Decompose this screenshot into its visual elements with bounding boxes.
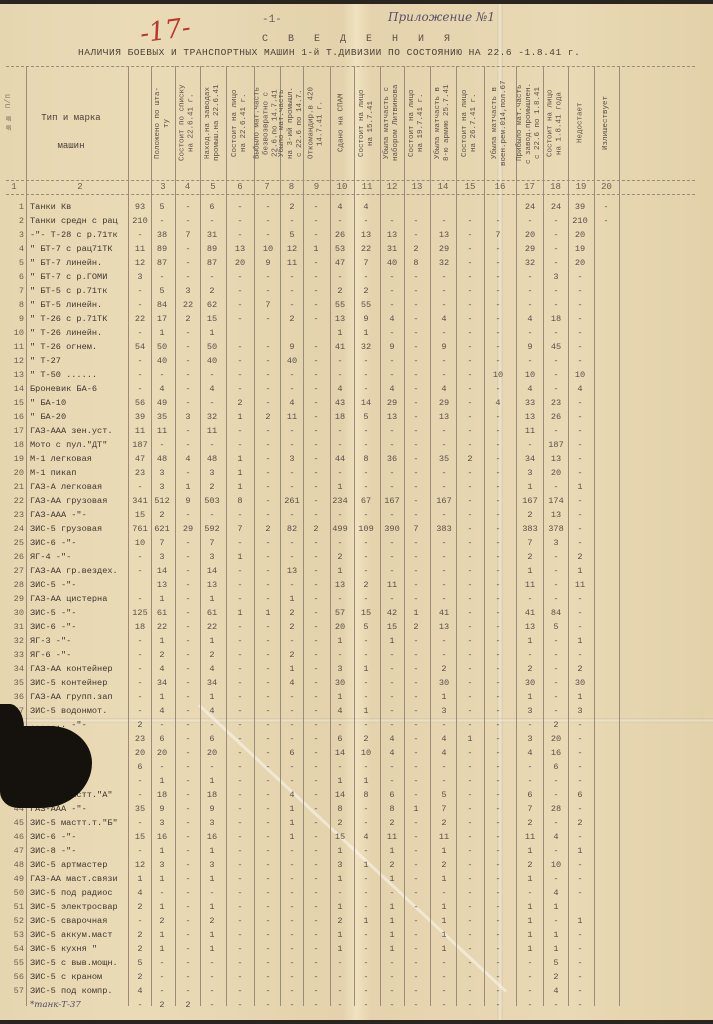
value-cell-col-20: 39 [569, 202, 591, 212]
value-cell-col-3: - [129, 790, 151, 800]
value-cell-col-19: - [545, 818, 567, 828]
value-cell-col-12: - [355, 482, 377, 492]
column-header-3: Положено по шта- ту [152, 68, 174, 178]
value-cell-col-3: - [129, 482, 151, 492]
value-cell-col-7: - [229, 272, 251, 282]
value-cell-col-13: - [381, 706, 403, 716]
value-cell-col-7: - [229, 650, 251, 660]
value-cell-col-4: - [151, 370, 173, 380]
value-cell-col-13: - [381, 972, 403, 982]
value-cell-col-12: - [355, 874, 377, 884]
value-cell-col-8: - [257, 748, 279, 758]
value-cell-col-13: - [381, 776, 403, 786]
value-cell-col-19: - [545, 552, 567, 562]
value-cell-col-20: - [569, 832, 591, 842]
value-cell-col-10: - [305, 958, 327, 968]
value-cell-col-4: 1 [151, 776, 173, 786]
value-cell-col-10: - [305, 342, 327, 352]
column-number-14: 14 [430, 182, 456, 192]
row-number: 53 [2, 930, 24, 940]
value-cell-col-11: - [329, 468, 351, 478]
value-cell-col-4: 2 [151, 650, 173, 660]
value-cell-col-7: - [229, 664, 251, 674]
value-cell-col-14: - [405, 874, 427, 884]
value-cell-col-6: 32 [201, 412, 223, 422]
value-cell-col-3: - [129, 846, 151, 856]
value-cell-col-16: - [459, 608, 481, 618]
value-cell-col-13: 13 [381, 230, 403, 240]
value-cell-col-6: 1 [201, 930, 223, 940]
table-row: *танк-Т-37-22--------------- [0, 1000, 713, 1014]
value-cell-col-15: 2 [433, 818, 455, 828]
column-header-10: Сдано на СПАМ [331, 68, 353, 178]
value-cell-col-17: - [487, 510, 509, 520]
value-cell-col-4: 1 [151, 902, 173, 912]
value-cell-col-12: - [355, 846, 377, 856]
value-cell-col-10: - [305, 874, 327, 884]
value-cell-col-15: - [433, 972, 455, 982]
value-cell-col-9: - [281, 846, 303, 856]
value-cell-col-7: - [229, 818, 251, 828]
value-cell-col-15: - [433, 440, 455, 450]
value-cell-col-20: - [569, 860, 591, 870]
value-cell-col-9: 2 [281, 314, 303, 324]
value-cell-col-5: - [177, 328, 199, 338]
value-cell-col-11: 499 [329, 524, 351, 534]
value-cell-col-9: - [281, 692, 303, 702]
value-cell-col-17: - [487, 762, 509, 772]
value-cell-col-8: - [257, 776, 279, 786]
value-cell-col-7: - [229, 1000, 251, 1010]
value-cell-col-11: 13 [329, 314, 351, 324]
value-cell-col-8: 1 [257, 608, 279, 618]
value-cell-col-20: 10 [569, 370, 591, 380]
value-cell-col-8: - [257, 832, 279, 842]
value-cell-col-12: 2 [355, 580, 377, 590]
value-cell-col-20: 2 [569, 664, 591, 674]
header-vehicle-type: Тип и марка машин [36, 104, 106, 160]
value-cell-col-20: 2 [569, 818, 591, 828]
table-row: 7" БТ-5 с р.71тк-532----22-------- [0, 286, 713, 300]
value-cell-col-3: - [129, 678, 151, 688]
value-cell-col-13: - [381, 300, 403, 310]
value-cell-col-6: 1 [201, 692, 223, 702]
column-number-1: 1 [4, 182, 24, 192]
value-cell-col-17: - [487, 846, 509, 856]
table-row: 27ГАЗ-АА гр.вездех.-14-14--13-1------1-1 [0, 566, 713, 580]
value-cell-col-7: - [229, 986, 251, 996]
value-cell-col-16: - [459, 440, 481, 450]
value-cell-col-11: 2 [329, 818, 351, 828]
value-cell-col-3: - [129, 664, 151, 674]
value-cell-col-4: 1 [151, 944, 173, 954]
value-cell-col-9: - [281, 860, 303, 870]
value-cell-col-14: - [405, 636, 427, 646]
row-number: 5 [2, 258, 24, 268]
value-cell-col-8: - [257, 804, 279, 814]
value-cell-col-5: - [177, 258, 199, 268]
table-row: 21ГАЗ-А легковая-3121---1------1-1 [0, 482, 713, 496]
value-cell-col-8: - [257, 314, 279, 324]
value-cell-col-5: - [177, 510, 199, 520]
value-cell-col-15: 35 [433, 454, 455, 464]
value-cell-col-18: 2 [519, 818, 541, 828]
value-cell-col-20: - [569, 944, 591, 954]
value-cell-col-10: - [305, 776, 327, 786]
value-cell-col-16: - [459, 748, 481, 758]
value-cell-col-14: - [405, 832, 427, 842]
table-row: 34ГАЗ-АА контейнер-4-4--1-31--2--2-2 [0, 664, 713, 678]
value-cell-col-18: 33 [519, 398, 541, 408]
value-cell-col-6: 50 [201, 342, 223, 352]
row-number: 48 [2, 860, 24, 870]
value-cell-col-4: 18 [151, 790, 173, 800]
value-cell-col-14: - [405, 846, 427, 856]
value-cell-col-8: - [257, 384, 279, 394]
value-cell-col-15: 13 [433, 622, 455, 632]
row-number: 56 [2, 972, 24, 982]
value-cell-col-6: 1 [201, 776, 223, 786]
value-cell-col-15: - [433, 636, 455, 646]
column-header-18: Состоит на лицо на 1.8.41 года [544, 68, 567, 178]
value-cell-col-6: 9 [201, 804, 223, 814]
value-cell-col-14: - [405, 468, 427, 478]
value-cell-col-13: 9 [381, 342, 403, 352]
value-cell-col-11: 14 [329, 748, 351, 758]
value-cell-col-15: 29 [433, 398, 455, 408]
value-cell-col-20: - [569, 888, 591, 898]
value-cell-col-10: - [305, 790, 327, 800]
value-cell-col-9: - [281, 468, 303, 478]
value-cell-col-12: - [355, 818, 377, 828]
value-cell-col-9: - [281, 272, 303, 282]
value-cell-col-12: 5 [355, 622, 377, 632]
value-cell-col-3: 23 [129, 734, 151, 744]
value-cell-col-3: 11 [129, 244, 151, 254]
table-row: 19М-1 легковая47484481-3-44836-352-3413- [0, 454, 713, 468]
value-cell-col-5: - [177, 832, 199, 842]
value-cell-col-11: 4 [329, 384, 351, 394]
value-cell-col-5: - [177, 580, 199, 590]
table-row: 5" БТ-7 линейн.1287-8720911-47740832--32… [0, 258, 713, 272]
value-cell-col-3: 4 [129, 986, 151, 996]
value-cell-col-13: 1 [381, 636, 403, 646]
value-cell-col-16: - [459, 902, 481, 912]
value-cell-col-9: 11 [281, 258, 303, 268]
value-cell-col-15: 11 [433, 832, 455, 842]
value-cell-col-20: - [569, 398, 591, 408]
table-row: 9" Т-26 с р.71ТК2217215--2-1394-4--418- [0, 314, 713, 328]
table-row: 13" Т-50 ......--------------1010-10 [0, 370, 713, 384]
value-cell-col-19: 84 [545, 608, 567, 618]
value-cell-col-15: 4 [433, 384, 455, 394]
value-cell-col-18: 2 [519, 664, 541, 674]
row-number: 16 [2, 412, 24, 422]
value-cell-col-10: - [305, 972, 327, 982]
value-cell-col-16: - [459, 328, 481, 338]
table-row: 20М-1 пикап233-31----------320- [0, 468, 713, 482]
value-cell-col-5: 3 [177, 412, 199, 422]
value-cell-col-19: 18 [545, 314, 567, 324]
value-cell-col-16: - [459, 342, 481, 352]
value-cell-col-10: - [305, 412, 327, 422]
value-cell-col-18: 10 [519, 370, 541, 380]
value-cell-col-12: - [355, 426, 377, 436]
value-cell-col-17: - [487, 272, 509, 282]
table-row: 25ЗИС-6 -"-107-7-----------73- [0, 538, 713, 552]
value-cell-col-13: - [381, 426, 403, 436]
row-number: 24 [2, 524, 24, 534]
value-cell-col-3: 1 [129, 874, 151, 884]
value-cell-col-18: 1 [519, 636, 541, 646]
value-cell-col-10: - [305, 384, 327, 394]
value-cell-col-8: - [257, 538, 279, 548]
value-cell-col-15: 7 [433, 804, 455, 814]
value-cell-col-4: 3 [151, 552, 173, 562]
value-cell-col-16: - [459, 412, 481, 422]
value-cell-col-6: 4 [201, 384, 223, 394]
value-cell-col-6: 1 [201, 636, 223, 646]
value-cell-col-13: - [381, 566, 403, 576]
value-cell-col-14: - [405, 818, 427, 828]
value-cell-col-6: - [201, 272, 223, 282]
value-cell-col-19: 6 [545, 762, 567, 772]
value-cell-col-17: - [487, 916, 509, 926]
value-cell-col-4: 9 [151, 804, 173, 814]
value-cell-col-8: - [257, 636, 279, 646]
value-cell-col-15: - [433, 370, 455, 380]
value-cell-col-5: - [177, 762, 199, 772]
value-cell-col-20: 2 [569, 552, 591, 562]
value-cell-col-9: 40 [281, 356, 303, 366]
value-cell-col-13: 2 [381, 860, 403, 870]
value-cell-col-13: 1 [381, 846, 403, 856]
value-cell-col-8: - [257, 580, 279, 590]
value-cell-col-11: 47 [329, 258, 351, 268]
value-cell-col-19: - [545, 580, 567, 590]
value-cell-col-6: 592 [201, 524, 223, 534]
value-cell-col-5: 3 [177, 286, 199, 296]
value-cell-col-8: - [257, 664, 279, 674]
value-cell-col-14: - [405, 356, 427, 366]
value-cell-col-20: 4 [569, 384, 591, 394]
value-cell-col-3: - [129, 650, 151, 660]
value-cell-col-12: - [355, 888, 377, 898]
value-cell-col-19: 5 [545, 958, 567, 968]
value-cell-col-11: - [329, 986, 351, 996]
table-row: 17ГАЗ-ААА зен.уст.1111-11-----------11-- [0, 426, 713, 440]
table-row: 14Броневик БА-6-4-4----4-4-4--4-4 [0, 384, 713, 398]
value-cell-col-20: 6 [569, 790, 591, 800]
value-cell-col-9: 11 [281, 412, 303, 422]
value-cell-col-16: - [459, 874, 481, 884]
value-cell-col-18: 4 [519, 314, 541, 324]
value-cell-col-4: 1 [151, 846, 173, 856]
value-cell-col-15: - [433, 216, 455, 226]
row-number: 31 [2, 622, 24, 632]
value-cell-col-18: 1 [519, 566, 541, 576]
value-cell-col-11: 234 [329, 496, 351, 506]
column-header-4: Состоит по списку на 22.6.41 г. [176, 68, 199, 178]
value-cell-col-4: 22 [151, 622, 173, 632]
value-cell-col-17: - [487, 818, 509, 828]
value-cell-col-18: 30 [519, 678, 541, 688]
value-cell-col-11: - [329, 356, 351, 366]
value-cell-col-13: 11 [381, 580, 403, 590]
value-cell-col-10: - [305, 230, 327, 240]
value-cell-col-6: 3 [201, 818, 223, 828]
value-cell-col-9: - [281, 958, 303, 968]
value-cell-col-4: 1 [151, 636, 173, 646]
value-cell-col-4: 40 [151, 356, 173, 366]
value-cell-col-8: 10 [257, 244, 279, 254]
value-cell-col-4: 5 [151, 202, 173, 212]
value-cell-col-15: - [433, 300, 455, 310]
value-cell-col-18: 2 [519, 510, 541, 520]
value-cell-col-4: 3 [151, 482, 173, 492]
value-cell-col-18: 1 [519, 482, 541, 492]
value-cell-col-4: 11 [151, 426, 173, 436]
value-cell-col-9: 1 [281, 818, 303, 828]
value-cell-col-18: 7 [519, 538, 541, 548]
value-cell-col-4: 1 [151, 328, 173, 338]
value-cell-col-19: 3 [545, 272, 567, 282]
value-cell-col-12: - [355, 804, 377, 814]
value-cell-col-7: - [229, 944, 251, 954]
value-cell-col-9: - [281, 426, 303, 436]
value-cell-col-6: 1 [201, 874, 223, 884]
value-cell-col-5: - [177, 552, 199, 562]
value-cell-col-6: 48 [201, 454, 223, 464]
value-cell-col-13: - [381, 720, 403, 730]
value-cell-col-3: - [129, 552, 151, 562]
value-cell-col-18: 2 [519, 552, 541, 562]
value-cell-col-5: - [177, 776, 199, 786]
value-cell-col-8: - [257, 944, 279, 954]
value-cell-col-7: - [229, 874, 251, 884]
value-cell-col-12: 1 [355, 776, 377, 786]
value-cell-col-16: - [459, 944, 481, 954]
value-cell-col-16: - [459, 636, 481, 646]
table-row: 38....... -"-2---------------2- [0, 720, 713, 734]
value-cell-col-5: 7 [177, 230, 199, 240]
value-cell-col-4: - [151, 958, 173, 968]
value-cell-col-11: 15 [329, 832, 351, 842]
value-cell-col-15: - [433, 538, 455, 548]
table-row: 24ЗИС-5 грузовая761621295927282249910939… [0, 524, 713, 538]
value-cell-col-10: - [305, 482, 327, 492]
value-cell-col-16: - [459, 482, 481, 492]
value-cell-col-9: - [281, 552, 303, 562]
value-cell-col-8: - [257, 202, 279, 212]
value-cell-col-20: 1 [569, 916, 591, 926]
value-cell-col-6: 2 [201, 482, 223, 492]
value-cell-col-14: - [405, 972, 427, 982]
value-cell-col-4: 2 [151, 510, 173, 520]
value-cell-col-4: 1 [151, 594, 173, 604]
value-cell-col-12: 1 [355, 916, 377, 926]
value-cell-col-10: - [305, 454, 327, 464]
value-cell-col-15: 5 [433, 790, 455, 800]
value-cell-col-5: 4 [177, 454, 199, 464]
value-cell-col-20: 20 [569, 258, 591, 268]
table-row: 54ЗИС-5 кухня "21-1----1-1-1--11- [0, 944, 713, 958]
table-row: 30ЗИС-5 -"-12561-61112-571542141--4184- [0, 608, 713, 622]
value-cell-col-17: - [487, 440, 509, 450]
value-cell-col-8: - [257, 594, 279, 604]
value-cell-col-19: - [545, 636, 567, 646]
value-cell-col-17: - [487, 468, 509, 478]
value-cell-col-8: - [257, 650, 279, 660]
value-cell-col-8: 2 [257, 524, 279, 534]
value-cell-col-17: - [487, 300, 509, 310]
value-cell-col-14: - [405, 538, 427, 548]
value-cell-col-9: - [281, 944, 303, 954]
value-cell-col-7: - [229, 580, 251, 590]
value-cell-col-10: - [305, 748, 327, 758]
value-cell-col-15: - [433, 482, 455, 492]
value-cell-col-13: 1 [381, 874, 403, 884]
value-cell-col-17: - [487, 734, 509, 744]
row-number: 25 [2, 538, 24, 548]
table-row: 47ЗИС-8 -"--1-1----1-1-1--1-1 [0, 846, 713, 860]
value-cell-col-16: - [459, 622, 481, 632]
value-cell-col-3: 187 [129, 440, 151, 450]
value-cell-col-7: - [229, 594, 251, 604]
value-cell-col-12: 14 [355, 398, 377, 408]
value-cell-col-13: - [381, 692, 403, 702]
value-cell-col-20: - [569, 650, 591, 660]
value-cell-col-9: 82 [281, 524, 303, 534]
value-cell-col-14: - [405, 692, 427, 702]
value-cell-col-11: 1 [329, 902, 351, 912]
value-cell-col-14: - [405, 916, 427, 926]
value-cell-col-18: 13 [519, 622, 541, 632]
value-cell-col-19: 20 [545, 734, 567, 744]
value-cell-col-8: - [257, 566, 279, 576]
value-cell-col-6: 18 [201, 790, 223, 800]
value-cell-col-18: 4 [519, 384, 541, 394]
value-cell-col-18: 6 [519, 790, 541, 800]
value-cell-col-7: - [229, 384, 251, 394]
value-cell-col-9: 9 [281, 342, 303, 352]
value-cell-col-16: - [459, 888, 481, 898]
value-cell-col-5: - [177, 594, 199, 604]
value-cell-col-14: - [405, 286, 427, 296]
value-cell-col-12: 32 [355, 342, 377, 352]
value-cell-col-4: - [151, 272, 173, 282]
value-cell-col-13: 4 [381, 748, 403, 758]
value-cell-col-17: - [487, 636, 509, 646]
column-number-19: 19 [568, 182, 594, 192]
value-cell-col-20: - [569, 972, 591, 982]
value-cell-col-7: - [229, 804, 251, 814]
column-number-13: 13 [404, 182, 430, 192]
value-cell-col-6: 20 [201, 748, 223, 758]
value-cell-col-5: - [177, 650, 199, 660]
column-header-7: Выбыло мат.часть безвозвратно с 22.6.по … [255, 68, 279, 178]
value-cell-col-14: - [405, 272, 427, 282]
row-number: 3 [2, 230, 24, 240]
table-row: 15" БА-105649--2-4-431429-29-43323- [0, 398, 713, 412]
value-cell-col-13: 15 [381, 622, 403, 632]
value-cell-col-13: - [381, 328, 403, 338]
value-cell-col-12: 9 [355, 314, 377, 324]
row-number: 36 [2, 692, 24, 702]
value-cell-col-16: - [459, 930, 481, 940]
value-cell-col-4: 4 [151, 664, 173, 674]
value-cell-col-7: - [229, 216, 251, 226]
